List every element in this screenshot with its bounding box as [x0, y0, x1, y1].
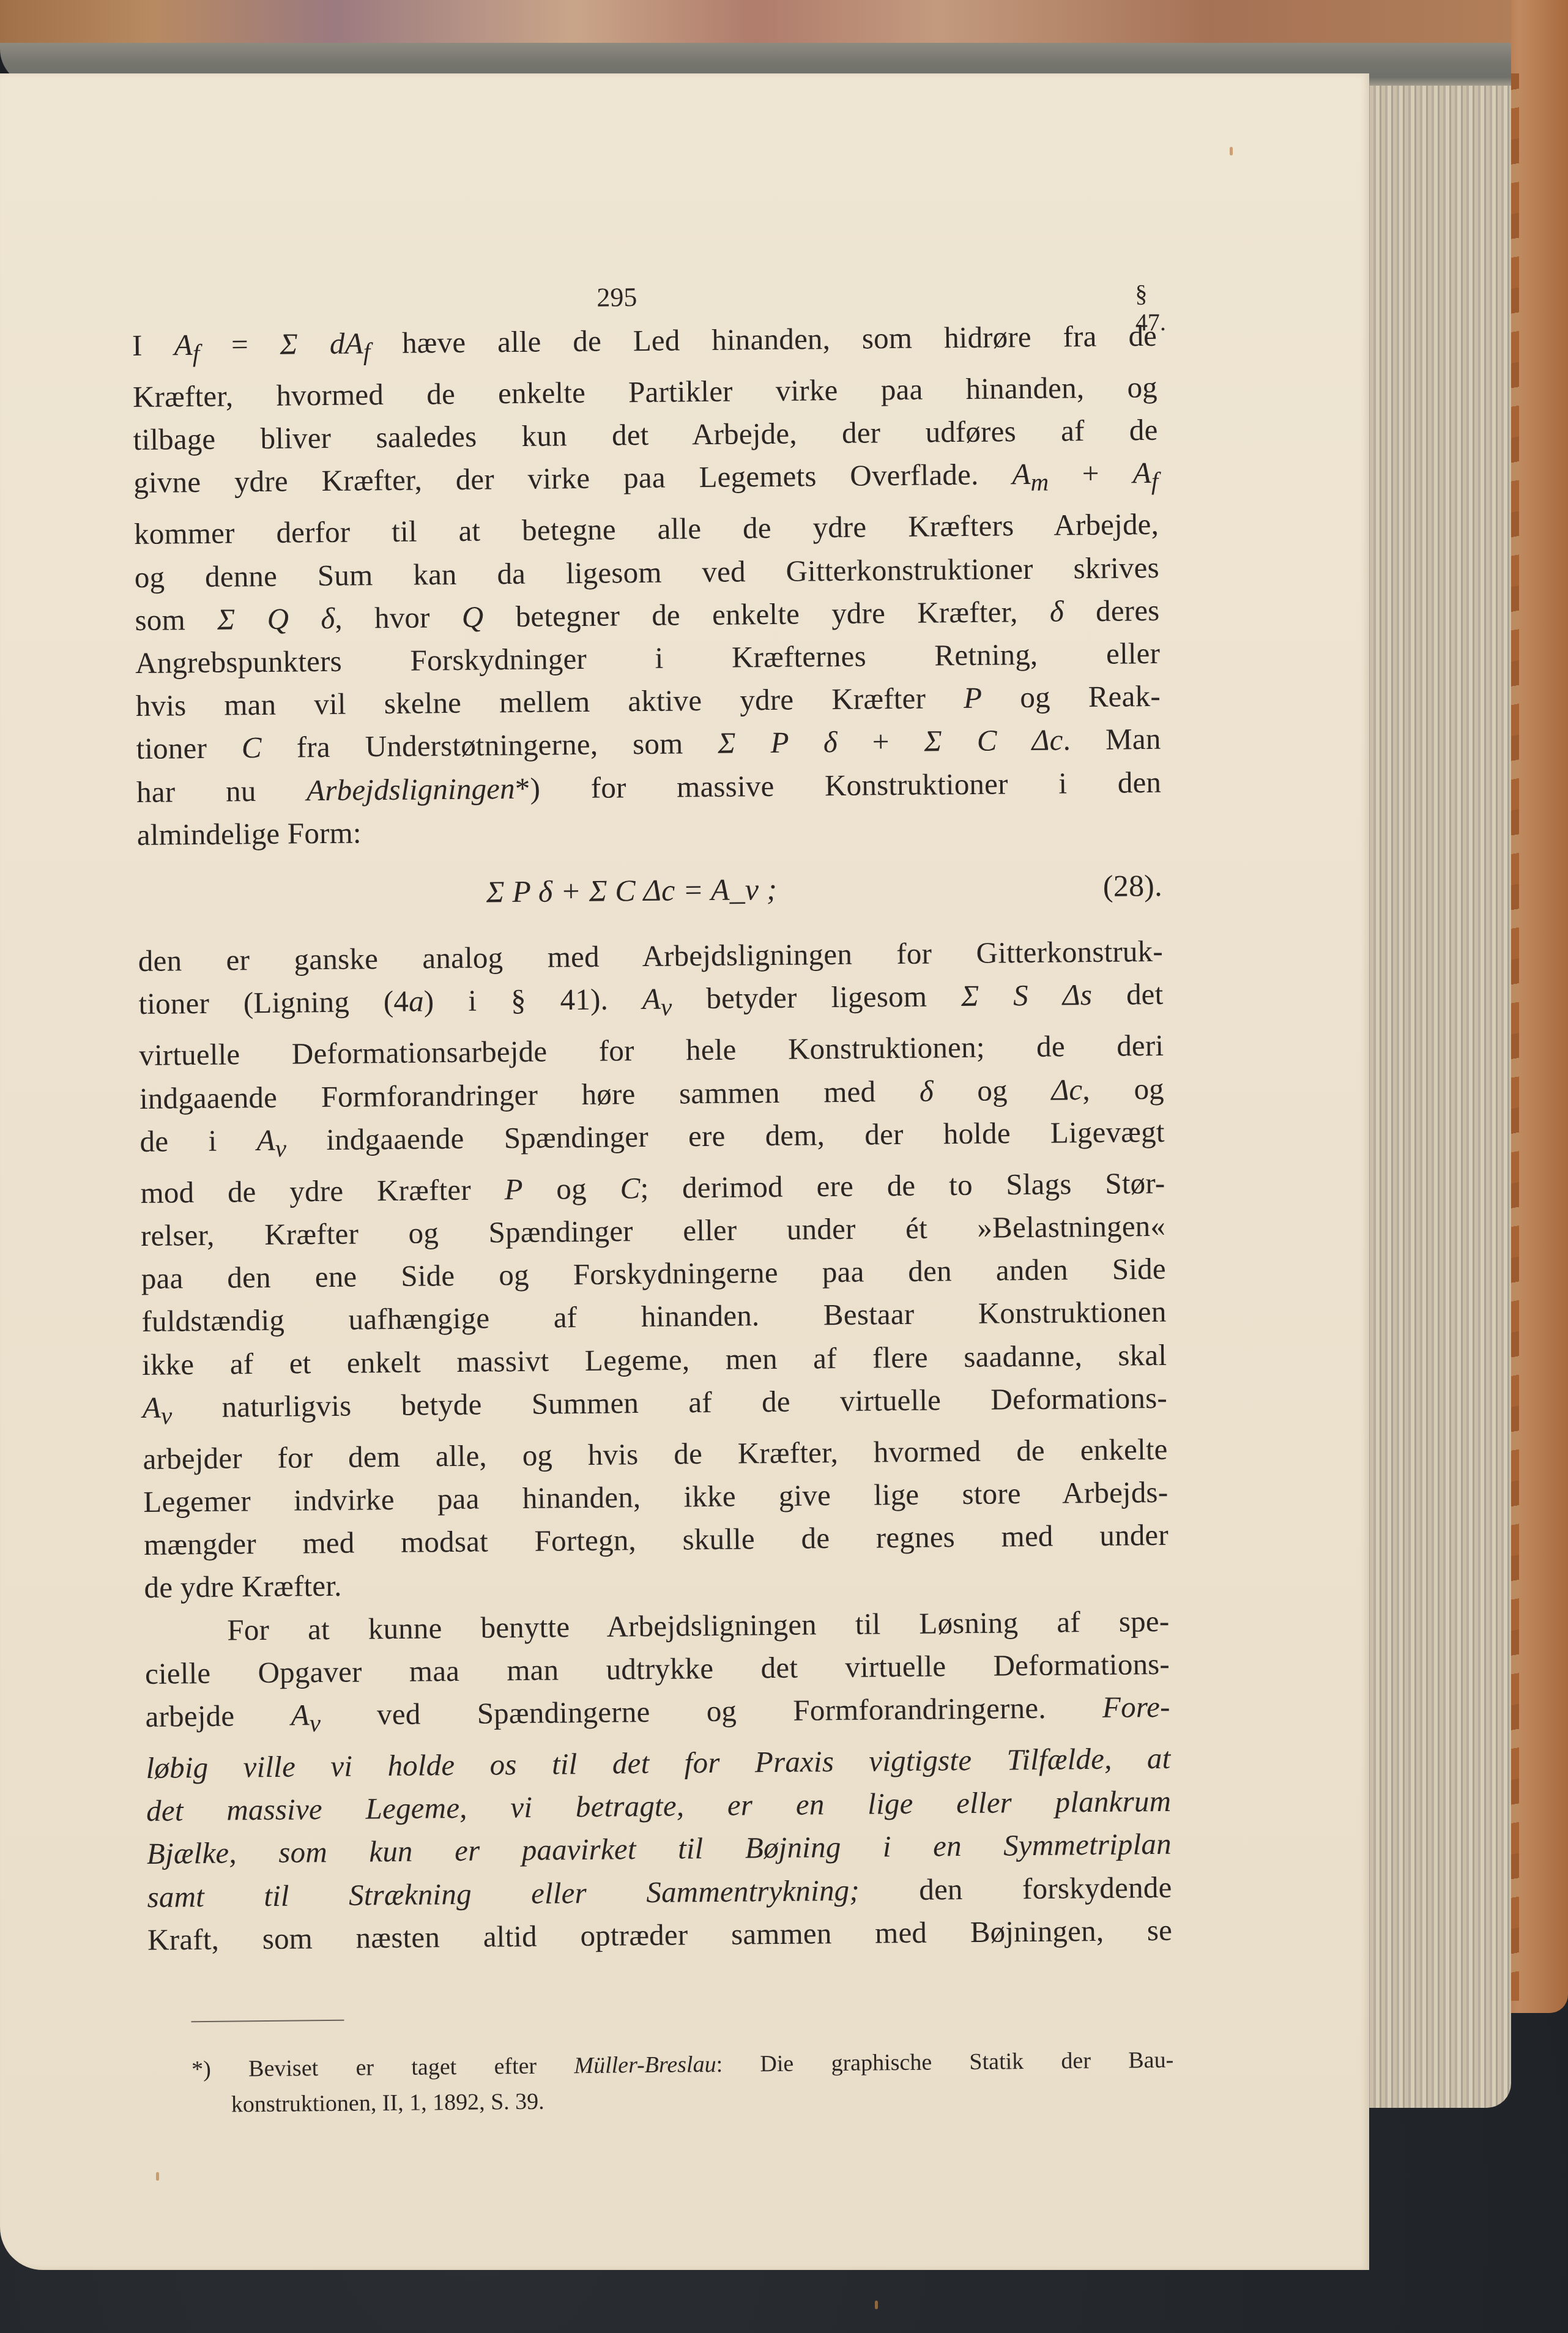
text-line: I Af = Σ dAf hæve alle de Led hinanden, … — [132, 314, 1157, 376]
equation-28: Σ P δ + Σ C Δc = A_v ; (28). — [137, 864, 1162, 917]
body-paragraph-3: For at kunne benytte Arbejdsligningen ti… — [144, 1599, 1172, 1961]
text-line: de i Av indgaaende Spændinger ere dem, d… — [139, 1111, 1165, 1172]
equation-number: (28). — [1103, 864, 1162, 907]
equation-body: Σ P δ + Σ C Δc = A_v ; — [486, 868, 777, 913]
page-stack-fore-edge — [1358, 52, 1511, 2108]
text-line: givne ydre Kræfter, der virke paa Legeme… — [133, 452, 1159, 513]
running-head: 295 § 47. — [132, 259, 1157, 324]
paper-speck — [875, 2301, 878, 2309]
body-paragraph-1: I Af = Σ dAf hæve alle de Led hinanden, … — [132, 314, 1162, 857]
footnote-author: Müller-Breslau — [574, 2052, 716, 2078]
footnote-marker: *) — [191, 2056, 211, 2082]
text-line: almindelige Form: — [137, 804, 1162, 857]
text-line: tioner (Ligning (4a) i § 41). Av betyder… — [138, 973, 1164, 1034]
text-line: Kraft, som næsten altid optræder sammen … — [147, 1909, 1173, 1962]
paper-speck — [156, 2172, 159, 2181]
footnote: *) Beviset er taget efter Müller-Breslau… — [149, 2042, 1174, 2123]
text-line: Av naturligvis betyde Summen af de virtu… — [143, 1377, 1168, 1438]
footnote-text: Beviset er taget efter — [248, 2053, 574, 2082]
page-number: 295 — [596, 281, 637, 313]
text-block: 295 § 47. I Af = Σ dAf hæve alle de Led … — [132, 259, 1174, 2123]
section-mark: § 47. — [1135, 279, 1166, 337]
footnote-divider — [191, 2020, 344, 2022]
body-paragraph-2: den er ganske analog med Arbejdsligninge… — [138, 930, 1169, 1609]
footnote-text: : Die graphische Statik der Bau- — [716, 2047, 1173, 2077]
paper-speck — [1230, 147, 1233, 155]
text-line: arbejde Av ved Spændingerne og Formforan… — [145, 1686, 1170, 1747]
book-cover-top — [0, 0, 1511, 49]
